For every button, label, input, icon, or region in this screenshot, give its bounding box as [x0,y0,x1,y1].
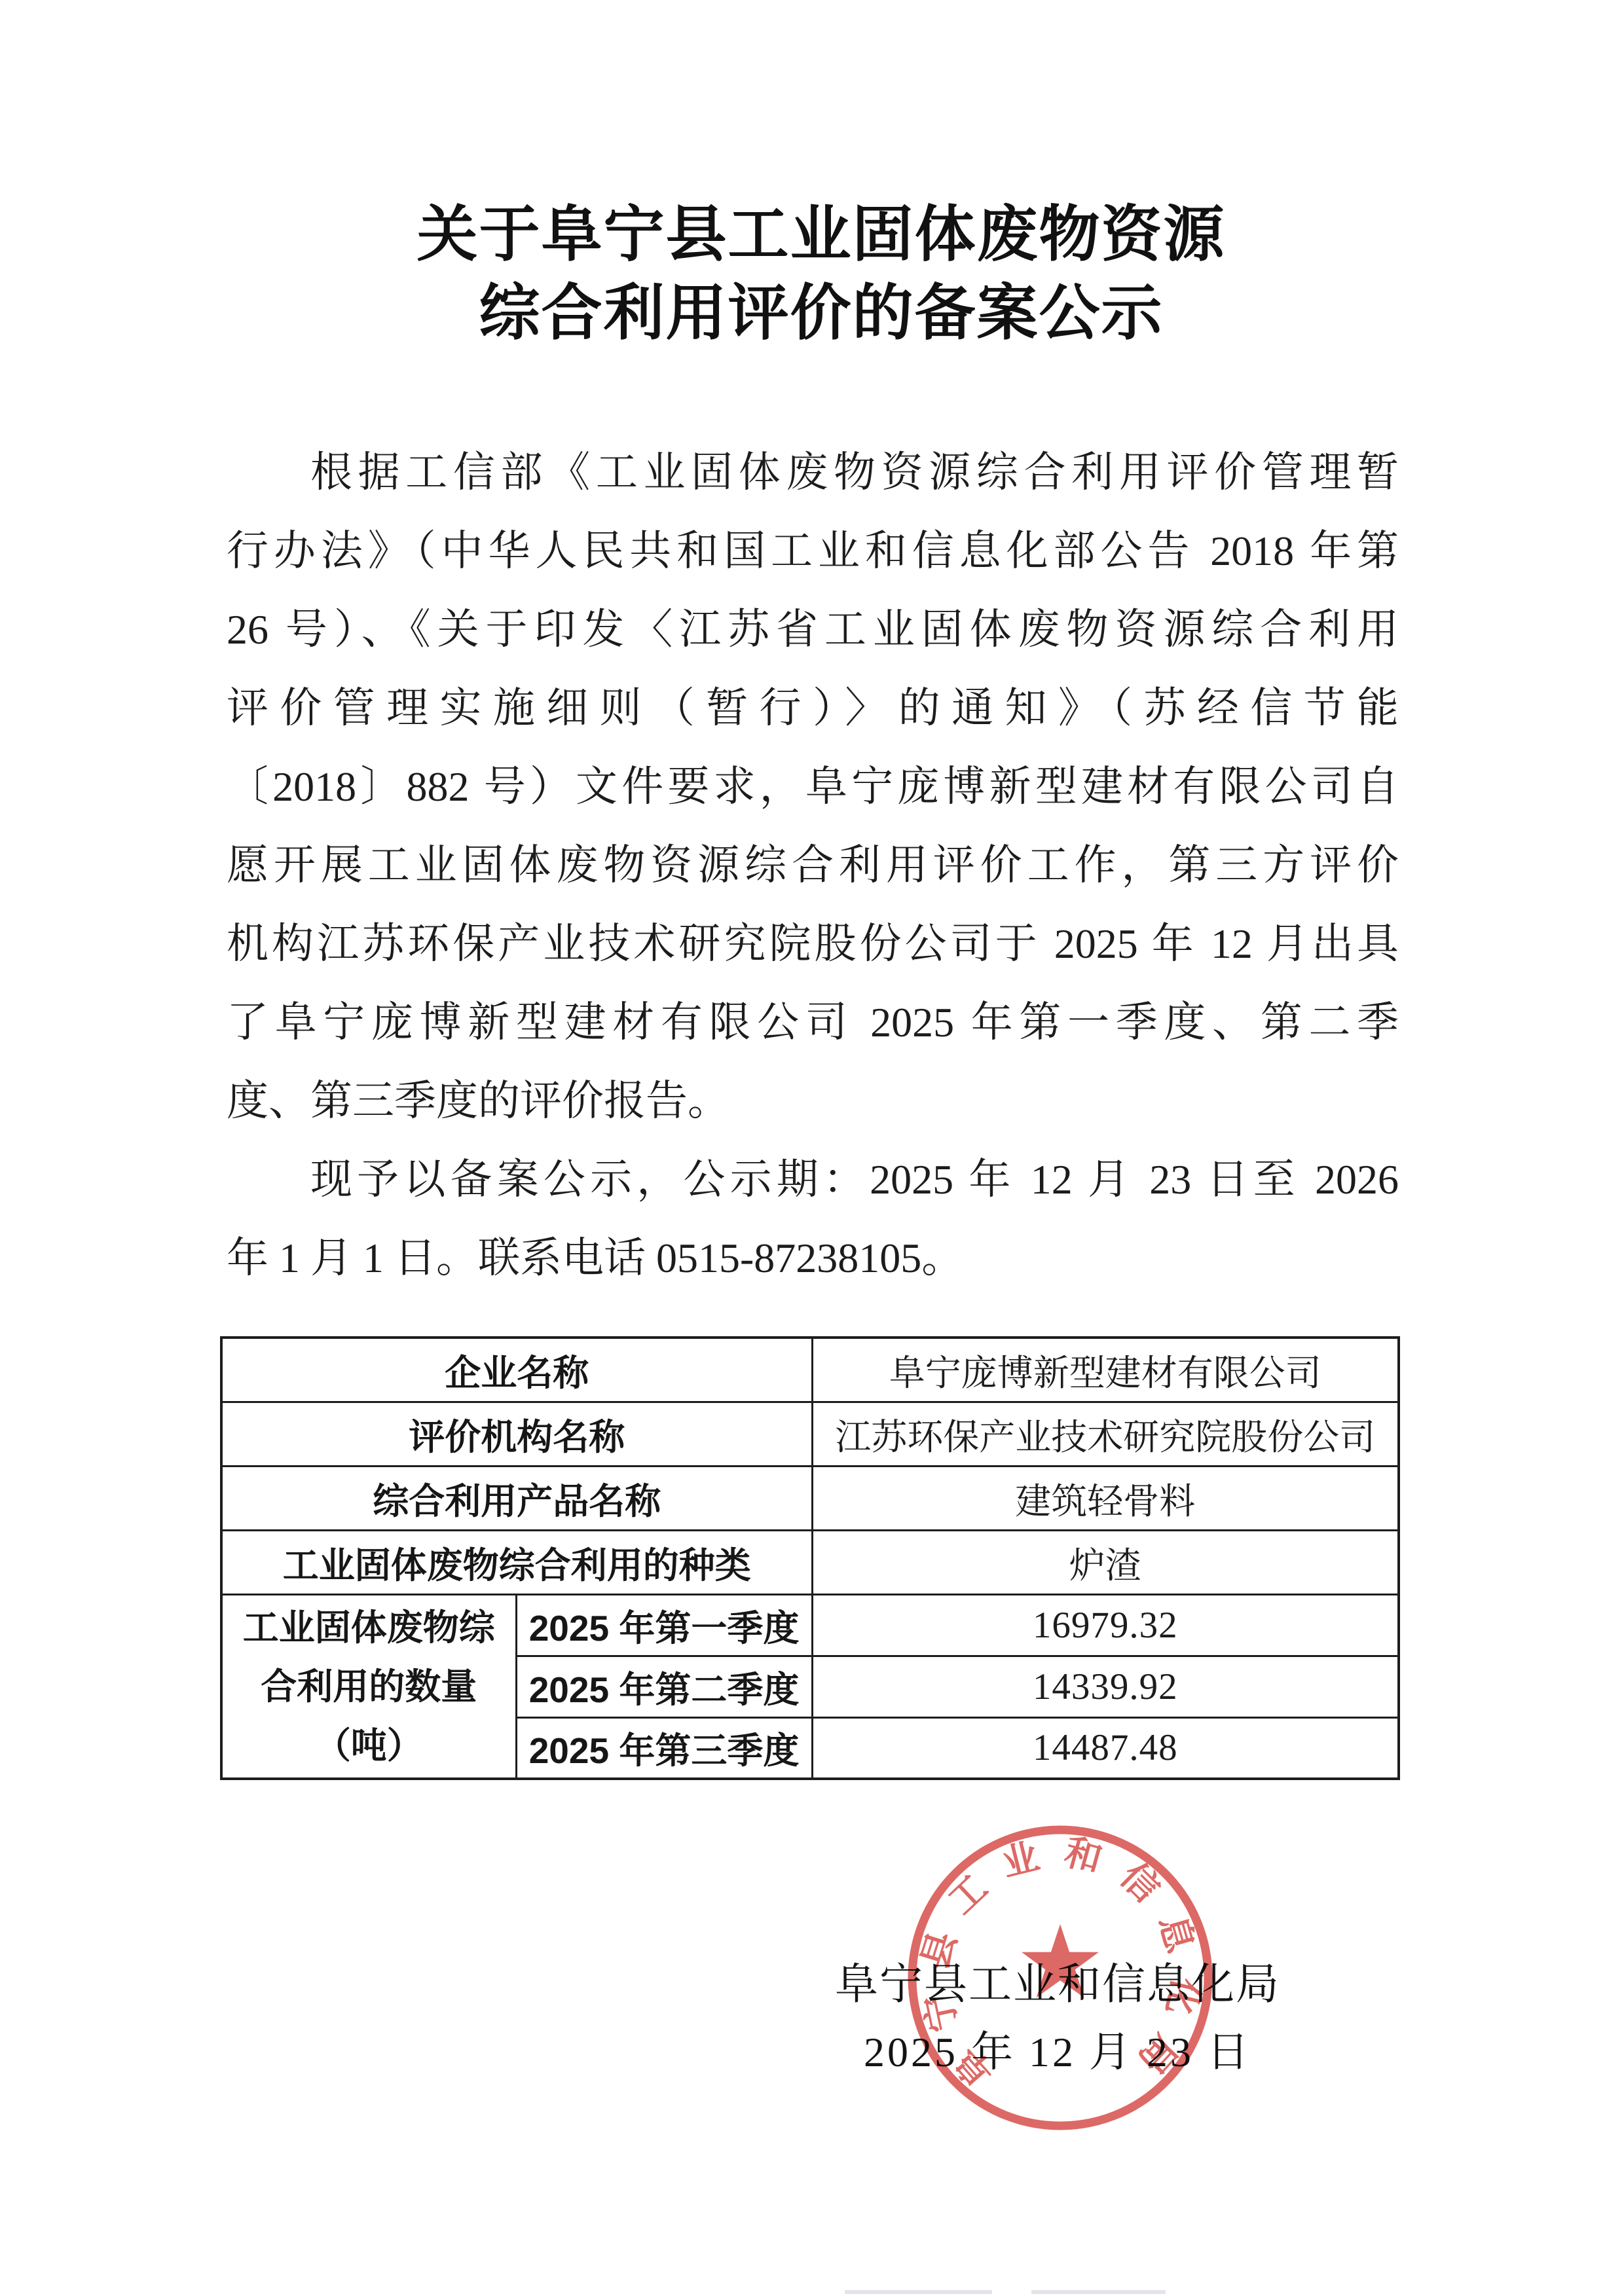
signature-organization: 阜宁县工业和信息化局 [828,1961,1287,2009]
table-row: 工业固体废物综 合利用的数量 （吨） 2025 年第一季度 16979.32 [221,1594,1399,1656]
paragraph2-line: 年 1 月 1 日。联系电话 0515-87238105。 [227,1219,1399,1298]
waste-type-value: 炉渣 [812,1530,1399,1594]
paragraph1-line: 度、第三季度的评价报告。 [227,1062,1399,1140]
waste-type-label: 工业固体废物综合利用的种类 [221,1530,812,1594]
document-title: 关于阜宁县工业固体废物资源 综合利用评价的备案公示 [0,196,1624,354]
paragraph1-line: 根据工信部《工业固体废物资源综合利用评价管理暂 [227,433,1399,512]
body-text: 根据工信部《工业固体废物资源综合利用评价管理暂 行办法》（中华人民共和国工业和信… [227,433,1399,1298]
evaluator-name-value: 江苏环保产业技术研究院股份公司 [812,1402,1399,1466]
quarter-value-q2: 14339.92 [812,1656,1399,1717]
product-name-value: 建筑轻骨料 [812,1466,1399,1530]
table-row: 综合利用产品名称 建筑轻骨料 [221,1466,1399,1530]
scan-artifact [845,2290,992,2294]
product-name-label: 综合利用产品名称 [221,1466,812,1530]
company-name-value: 阜宁庞博新型建材有限公司 [812,1338,1399,1402]
table-row: 评价机构名称 江苏环保产业技术研究院股份公司 [221,1402,1399,1466]
signature-date: 2025 年 12 月 23 日 [828,2029,1287,2076]
paragraph1-line: 愿开展工业固体废物资源综合利用评价工作，第三方评价 [227,826,1399,905]
paragraph1-line: 了阜宁庞博新型建材有限公司 2025 年第一季度、第二季 [227,983,1399,1062]
document-page: 关于阜宁县工业固体废物资源 综合利用评价的备案公示 根据工信部《工业固体废物资源… [0,0,1624,2296]
quantity-label-line: （吨） [228,1726,510,1765]
quantity-label-line: 工业固体废物综 [228,1608,510,1647]
quarter-label-q3: 2025 年第三季度 [516,1717,812,1779]
paragraph1-line: 评价管理实施细则（暂行）〉的通知》（苏经信节能 [227,669,1399,748]
quarter-value-q1: 16979.32 [812,1594,1399,1656]
paragraph1-line: 26 号）、《关于印发〈江苏省工业固体废物资源综合利用 [227,591,1399,669]
quantity-merged-label: 工业固体废物综 合利用的数量 （吨） [221,1594,516,1779]
quantity-label-line: 合利用的数量 [228,1667,510,1706]
paragraph1-line: 行办法》（中华人民共和国工业和信息化部公告 2018 年第 [227,512,1399,591]
quarter-label-q2: 2025 年第二季度 [516,1656,812,1717]
quarter-value-q3: 14487.48 [812,1717,1399,1779]
title-line-2: 综合利用评价的备案公示 [9,275,1624,354]
paragraph1-line: 机构江苏环保产业技术研究院股份公司于 2025 年 12 月出具 [227,905,1399,983]
evaluator-name-label: 评价机构名称 [221,1402,812,1466]
paragraph1-line: 〔2018〕882 号）文件要求，阜宁庞博新型建材有限公司自 [227,748,1399,826]
company-name-label: 企业名称 [221,1338,812,1402]
paragraph2-line: 现予以备案公示，公示期：2025 年 12 月 23 日至 2026 [227,1140,1399,1219]
scan-artifact [1031,2290,1166,2294]
title-line-1: 关于阜宁县工业固体废物资源 [9,196,1624,275]
filing-info-table: 企业名称 阜宁庞博新型建材有限公司 评价机构名称 江苏环保产业技术研究院股份公司… [220,1336,1400,1780]
table-row: 工业固体废物综合利用的种类 炉渣 [221,1530,1399,1594]
table-row: 企业名称 阜宁庞博新型建材有限公司 [221,1338,1399,1402]
quarter-label-q1: 2025 年第一季度 [516,1594,812,1656]
